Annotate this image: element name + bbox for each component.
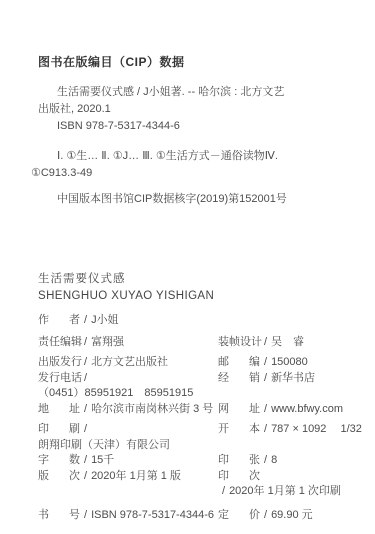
author-value: J小姐	[91, 314, 119, 326]
printer-field: 印刷/朗翔印刷（天津）有限公司	[38, 422, 218, 453]
publisher-label: 出版发行	[38, 355, 80, 371]
separator: /	[84, 372, 87, 384]
price-label: 定价	[218, 508, 260, 524]
printer-value: 朗翔印刷（天津）有限公司	[38, 439, 170, 451]
address-value: 哈尔滨市南岗林兴街 3 号	[91, 403, 213, 415]
separator: /	[264, 403, 267, 415]
imprint-row-isbn: 书号/ISBN 978-7-5317-4344-6 定价/69.90 元	[38, 508, 369, 524]
imprint-row-edition: 版次/2020年 1月第 1 版 印次/2020年 1月第 1 次印刷	[38, 469, 369, 500]
separator: /	[264, 509, 267, 521]
separator: /	[84, 314, 87, 326]
designer-value: 吴 睿	[271, 336, 304, 348]
copyright-page: 图书在版编目（CIP）数据 生活需要仪式感 / J小姐著. -- 哈尔滨 : 北…	[0, 0, 375, 534]
imprint-row-printer: 印刷/朗翔印刷（天津）有限公司 开本/787 × 1092 1/32	[38, 422, 369, 453]
distributor-field: 经销/新华书店	[218, 371, 369, 402]
designer-label: 装帧设计	[218, 333, 260, 349]
imprint-row-address: 地址/哈尔滨市南岗林兴街 3 号 网址/www.bfwy.com	[38, 402, 369, 418]
printing-field: 印次/2020年 1月第 1 次印刷	[218, 469, 369, 500]
book-title-block: 生活需要仪式感 SHENGHUO XUYAO YISHIGAN	[38, 271, 214, 305]
imprint-table: 出版发行/北方文艺出版社 邮编/150080 发行电话/（0451）859519…	[38, 355, 369, 523]
editor-value: 富翔强	[91, 336, 124, 348]
sheets-label: 印张	[218, 453, 260, 469]
format-field: 开本/787 × 1092 1/32	[218, 422, 369, 453]
separator: /	[84, 470, 87, 482]
separator: /	[84, 423, 87, 435]
imprint-row-wordcount: 字数/15千 印张/8	[38, 453, 369, 469]
cip-heading: 图书在版编目（CIP）数据	[38, 53, 185, 70]
format-label: 开本	[218, 422, 260, 438]
cip-block: 生活需要仪式感 / J小姐著. -- 哈尔滨 : 北方文艺 出版社, 2020.…	[38, 84, 355, 208]
separator: /	[264, 336, 267, 348]
imprint-row-publisher: 出版发行/北方文艺出版社 邮编/150080	[38, 355, 369, 371]
word-count-value: 15千	[91, 454, 114, 466]
printing-label: 印次	[218, 469, 260, 485]
phone-label: 发行电话	[38, 371, 80, 387]
separator: /	[264, 372, 267, 384]
publisher-field: 出版发行/北方文艺出版社	[38, 355, 218, 371]
book-number-field: 书号/ISBN 978-7-5317-4344-6	[38, 508, 218, 524]
printing-value: 2020年 1月第 1 次印刷	[229, 485, 341, 497]
book-title: 生活需要仪式感	[38, 271, 214, 288]
sheets-value: 8	[271, 454, 277, 466]
price-field: 定价/69.90 元	[218, 508, 369, 524]
edition-value: 2020年 1月第 1 版	[91, 470, 181, 482]
phone-value: （0451）85951921 85951915	[38, 387, 193, 399]
separator: /	[264, 454, 267, 466]
book-title-pinyin: SHENGHUO XUYAO YISHIGAN	[38, 288, 214, 305]
postcode-field: 邮编/150080	[218, 355, 369, 371]
cip-description-line-2: 出版社, 2020.1	[38, 101, 355, 118]
cip-classification-line-1: Ⅰ. ①生… Ⅱ. ①J… Ⅲ. ①生活方式－通俗读物Ⅳ.	[38, 148, 355, 165]
postcode-label: 邮编	[218, 355, 260, 371]
author-label: 作者	[38, 311, 80, 327]
address-label: 地址	[38, 402, 80, 418]
sheets-field: 印张/8	[218, 453, 369, 469]
website-label: 网址	[218, 402, 260, 418]
separator: /	[264, 356, 267, 368]
separator: /	[84, 356, 87, 368]
distributor-value: 新华书店	[271, 372, 315, 384]
word-count-label: 字数	[38, 453, 80, 469]
author-row: 作者/J小姐	[38, 311, 119, 327]
printer-label: 印刷	[38, 422, 80, 438]
designer-field: 装帧设计/吴 睿	[218, 333, 367, 349]
imprint-row-phone: 发行电话/（0451）85951921 85951915 经销/新华书店	[38, 371, 369, 402]
price-value: 69.90 元	[271, 509, 313, 521]
separator: /	[84, 336, 87, 348]
website-field: 网址/www.bfwy.com	[218, 402, 369, 418]
cip-isbn-line: ISBN 978-7-5317-4344-6	[38, 118, 355, 135]
format-value: 787 × 1092 1/32	[271, 423, 362, 435]
cip-classification-line-2: ①C913.3-49	[31, 165, 355, 182]
postcode-value: 150080	[271, 356, 308, 368]
separator: /	[84, 509, 87, 521]
distributor-label: 经销	[218, 371, 260, 387]
publisher-value: 北方文艺出版社	[91, 356, 168, 368]
website-value: www.bfwy.com	[271, 403, 343, 415]
separator: /	[84, 454, 87, 466]
book-number-label: 书号	[38, 508, 80, 524]
phone-field: 发行电话/（0451）85951921 85951915	[38, 371, 218, 402]
editor-label: 责任编辑	[38, 333, 80, 349]
credits-row: 责任编辑/富翔强 装帧设计/吴 睿	[38, 333, 367, 349]
word-count-field: 字数/15千	[38, 453, 218, 469]
separator: /	[222, 485, 225, 497]
separator: /	[84, 403, 87, 415]
book-number-value: ISBN 978-7-5317-4344-6	[91, 509, 214, 521]
cip-description-line-1: 生活需要仪式感 / J小姐著. -- 哈尔滨 : 北方文艺	[38, 84, 355, 101]
edition-label: 版次	[38, 469, 80, 485]
edition-field: 版次/2020年 1月第 1 版	[38, 469, 218, 500]
cip-record-number: 中国版本图书馆CIP数据核字(2019)第152001号	[38, 191, 355, 208]
editor-field: 责任编辑/富翔强	[38, 333, 218, 349]
address-field: 地址/哈尔滨市南岗林兴街 3 号	[38, 402, 218, 418]
separator: /	[264, 423, 267, 435]
